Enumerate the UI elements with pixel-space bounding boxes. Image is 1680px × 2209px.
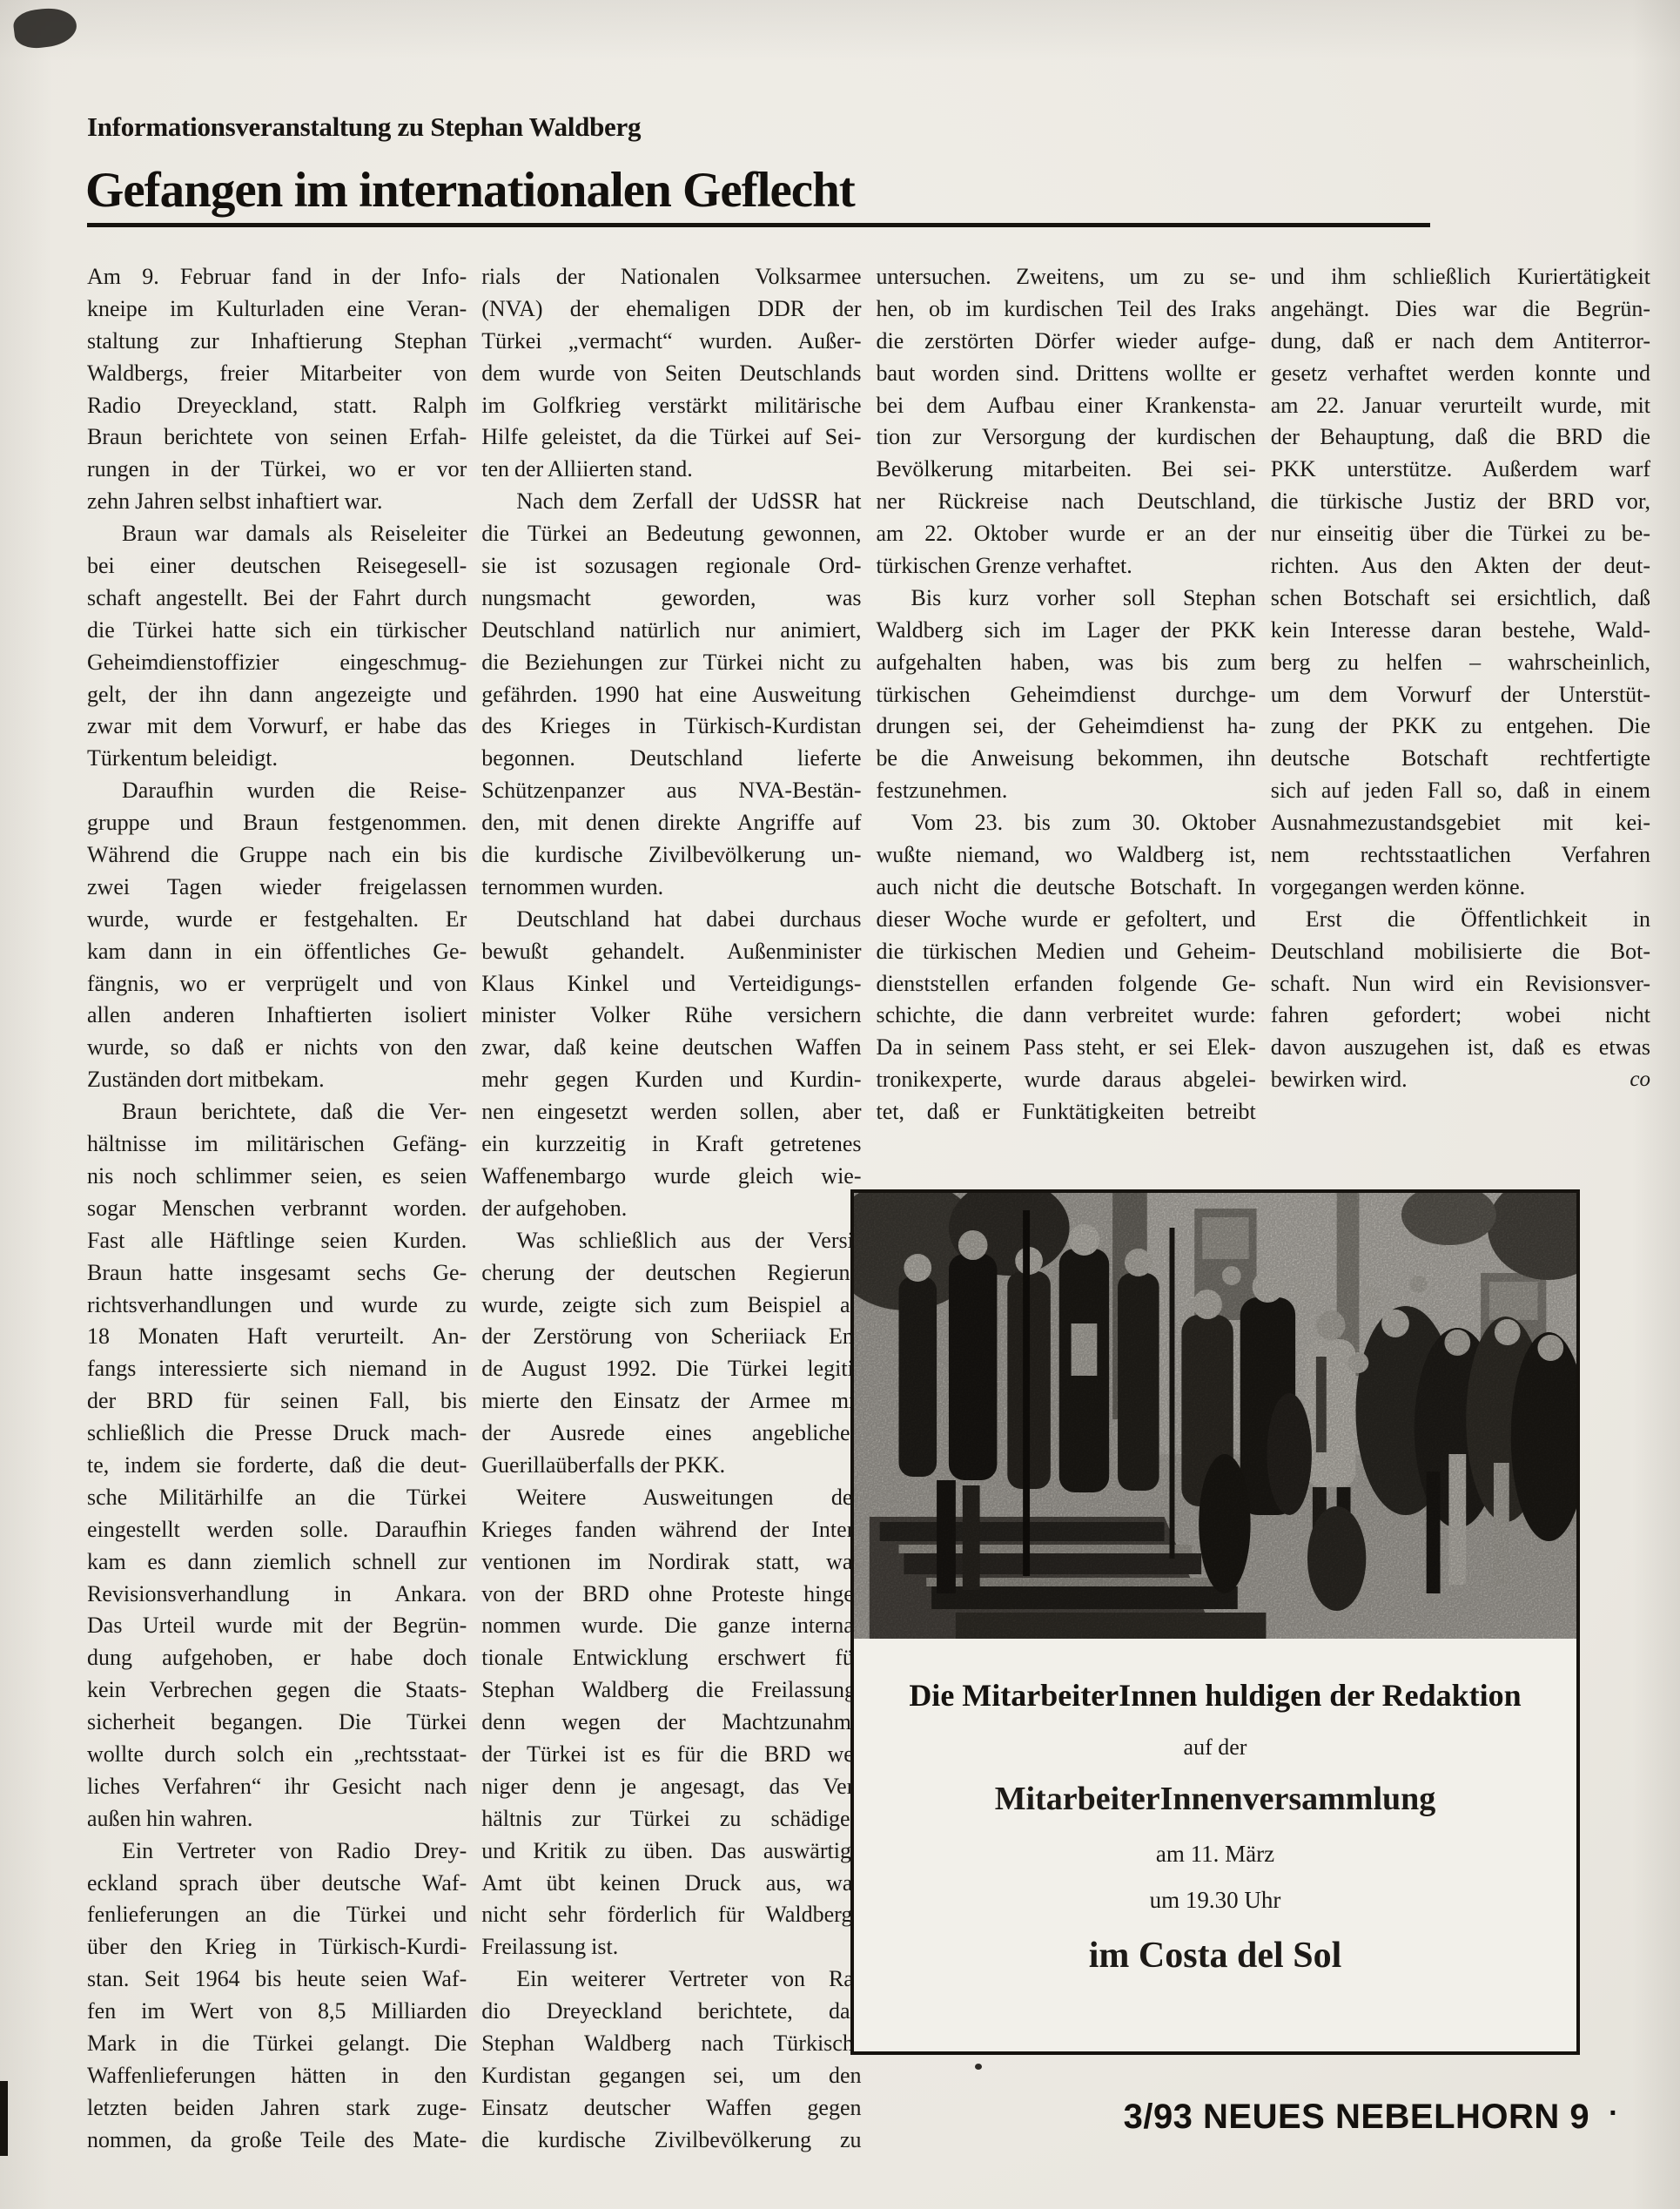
body-line: hältnis zur Türkei zu schädigen: [481, 1803, 861, 1835]
announcement-title: Die MitarbeiterInnen huldigen der Redakt…: [854, 1677, 1576, 1714]
body-line: ein kurzzeitig in Kraft getretenes: [481, 1128, 861, 1161]
body-line: fängnis, wo er verprügelt und von: [87, 968, 467, 1000]
body-line: davon auszugehen ist, daß es etwas: [1271, 1032, 1650, 1064]
body-line: türkischen Geheimdienst durchge-: [877, 679, 1256, 711]
body-line: ventionen im Nordirak statt, was: [481, 1546, 861, 1579]
body-line: kam es dann ziemlich schnell zur: [87, 1546, 467, 1579]
body-line: schaft angestellt. Bei der Fahrt durch: [87, 583, 467, 615]
body-line: nur einseitig über die Türkei zu be-: [1271, 518, 1650, 550]
body-line: schließlich die Presse Druck mach-: [87, 1418, 467, 1450]
body-line: zwar, daß keine deutschen Waffen: [481, 1032, 861, 1064]
body-line: Am 9. Februar fand in der Info-: [87, 261, 467, 293]
body-line: am 22. Oktober wurde er an der: [877, 518, 1256, 550]
body-line: hältnisse im militärischen Gefäng-: [87, 1128, 467, 1161]
body-line: eckland sprach über deutsche Waf-: [87, 1868, 467, 1900]
body-line: Stephan Waldberg die Freilassung,: [481, 1674, 861, 1707]
body-line: Waldbergs, freier Mitarbeiter von: [87, 358, 467, 390]
page-footer: 3/93 NEUES NEBELHORN 9·: [1124, 2097, 1619, 2137]
footer-dot: ·: [1609, 2097, 1619, 2131]
body-line: außen hin wahren.: [87, 1803, 467, 1835]
body-line: (NVA) der ehemaligen DDR der: [481, 293, 861, 326]
issue-and-page-label: 3/93 NEUES NEBELHORN 9: [1124, 2098, 1590, 2136]
body-line: der Türkei ist es für die BRD we-: [481, 1739, 861, 1771]
body-line: der Ausrede eines angeblichen: [481, 1418, 861, 1450]
body-line: fangs interessierte sich niemand in: [87, 1353, 467, 1385]
body-line: der Behauptung, daß die BRD die: [1271, 421, 1650, 454]
body-line: aufgehalten haben, was bis zum: [877, 647, 1256, 679]
body-line: denn wegen der Machtzunahme: [481, 1707, 861, 1739]
body-line: vorgegangen werden könne.: [1271, 872, 1650, 904]
body-line: letzten beiden Jahren stark zuge-: [87, 2092, 467, 2125]
body-line: wußte niemand, wo Waldberg ist,: [877, 839, 1256, 872]
body-line: bewußt gehandelt. Außenminister: [481, 936, 861, 968]
historical-painting-photo: [854, 1193, 1576, 1639]
body-line: Waldberg sich im Lager der PKK: [877, 615, 1256, 647]
body-line: Zuständen dort mitbekam.: [87, 1064, 467, 1096]
body-line: Da in seinem Pass steht, er sei Elek-: [877, 1032, 1256, 1064]
body-line: dem wurde von Seiten Deutschlands: [481, 358, 861, 390]
body-line: fenlieferungen an die Türkei und: [87, 1899, 467, 1931]
body-line: gesetz verhaftet werden konnte und: [1271, 358, 1650, 390]
body-line: der BRD für seinen Fall, bis: [87, 1385, 467, 1418]
body-line: fen im Wert von 8,5 Milliarden: [87, 1996, 467, 2028]
body-line: Waffenlieferungen hätten in den: [87, 2060, 467, 2092]
body-line: richten. Aus den Akten der deut-: [1271, 550, 1650, 583]
body-line: nommen wurde. Die ganze interna-: [481, 1610, 861, 1642]
body-line: Nach dem Zerfall der UdSSR hat: [481, 486, 861, 518]
body-line: Was schließlich aus der Versi-: [481, 1225, 861, 1257]
body-line: die kurdische Zivilbevölkerung un-: [481, 839, 861, 872]
body-line: wollte durch solch ein „rechtsstaat-: [87, 1739, 467, 1771]
body-line: zehn Jahren selbst inhaftiert war.: [87, 486, 467, 518]
body-line: Hilfe geleistet, da die Türkei auf Sei-: [481, 421, 861, 454]
body-line: nungsmacht geworden, was: [481, 583, 861, 615]
body-line: Waffenembargo wurde gleich wie-: [481, 1161, 861, 1193]
body-line: kam dann in ein öffentliches Ge-: [87, 936, 467, 968]
body-line: Ausnahmezustandsgebiet mit kei-: [1271, 807, 1650, 839]
body-line: kein Interesse daran bestehe, Wald-: [1271, 615, 1650, 647]
newspaper-page: { "page": {"paper_color": "#ece9e2", "in…: [0, 0, 1680, 2209]
body-line: schichte, die dann verbreitet wurde:: [877, 1000, 1256, 1032]
body-line: Türkei „vermacht“ wurden. Außer-: [481, 326, 861, 358]
body-line: nem rechtsstaatlichen Verfahren: [1271, 839, 1650, 872]
body-line: 18 Monaten Haft verurteilt. An-: [87, 1321, 467, 1353]
body-line: angehängt. Dies war die Begrün-: [1271, 293, 1650, 326]
body-line: die Beziehungen zur Türkei nicht zu: [481, 647, 861, 679]
body-line: am 22. Januar verurteilt wurde, mit: [1271, 390, 1650, 422]
body-line: Radio Dreyeckland, statt. Ralph: [87, 390, 467, 422]
body-line: des Krieges in Türkisch-Kurdistan: [481, 711, 861, 743]
headline: Gefangen im internationalen Geflecht: [85, 162, 855, 219]
body-line: untersuchen. Zweitens, um zu se-: [877, 261, 1256, 293]
scan-edge-artifact: [0, 2081, 8, 2156]
body-line: nen eingesetzt werden sollen, aber: [481, 1096, 861, 1128]
body-line: drungen sei, der Geheimdienst ha-: [877, 711, 1256, 743]
body-line: sogar Menschen verbrannt worden.: [87, 1193, 467, 1225]
body-line: der Zerstörung von Scheriiack En-: [481, 1321, 861, 1353]
body-line: Ein Vertreter von Radio Drey-: [87, 1835, 467, 1868]
body-line: Daraufhin wurden die Reise-: [87, 775, 467, 807]
scan-smudge-artifact: [12, 5, 79, 51]
body-line: dung, daß er nach dem Antiterror-: [1271, 326, 1650, 358]
body-line: kneipe im Kulturladen eine Veran-: [87, 293, 467, 326]
body-line: tronikexperte, wurde daraus abgelei-: [877, 1064, 1256, 1096]
body-line: sie ist sozusagen regionale Ord-: [481, 550, 861, 583]
body-line: tion zur Versorgung der kurdischen: [877, 421, 1256, 454]
body-line: den, mit denen direkte Angriffe auf: [481, 807, 861, 839]
body-line: schen Botschaft sei ersichtlich, daß: [1271, 583, 1650, 615]
body-line: die türkischen Medien und Geheim-: [877, 936, 1256, 968]
body-line: staltung zur Inhaftierung Stephan: [87, 326, 467, 358]
body-line: ternommen wurden.: [481, 872, 861, 904]
body-line: tionale Entwicklung erschwert für: [481, 1642, 861, 1674]
body-line: sicherheit begangen. Die Türkei: [87, 1707, 467, 1739]
body-line: deutsche Botschaft rechtfertigte: [1271, 743, 1650, 775]
body-line: ner Rückreise nach Deutschland,: [877, 486, 1256, 518]
body-line: mierte den Einsatz der Armee mit: [481, 1385, 861, 1418]
body-line: nicht sehr förderlich für Waldbergs: [481, 1899, 861, 1931]
body-line: Guerillaüberfalls der PKK.: [481, 1450, 861, 1482]
body-line: fahren gefordert; wobei nicht: [1271, 1000, 1650, 1032]
body-line: um dem Vorwurf der Unterstüt-: [1271, 679, 1650, 711]
body-line: bei einer deutschen Reisegesell-: [87, 550, 467, 583]
body-line: liches Verfahren“ ihr Gesicht nach: [87, 1771, 467, 1803]
body-line: te, indem sie forderte, daß die deut-: [87, 1450, 467, 1482]
body-line: türkischen Grenze verhaftet.: [877, 550, 1256, 583]
body-line: die Türkei hatte sich ein türkischer: [87, 615, 467, 647]
body-line: allen anderen Inhaftierten isoliert: [87, 1000, 467, 1032]
body-line: die zerstörten Dörfer wieder aufge-: [877, 326, 1256, 358]
announcement-time: um 19.30 Uhr: [854, 1887, 1576, 1914]
body-line: hen, ob im kurdischen Teil des Iraks: [877, 293, 1256, 326]
body-line: Geheimdienstoffizier eingeschmug-: [87, 647, 467, 679]
body-line: PKK unterstütze. Außerdem warf: [1271, 454, 1650, 486]
body-line: Vom 23. bis zum 30. Oktober: [877, 807, 1256, 839]
body-line: bei dem Aufbau einer Krankensta-: [877, 390, 1256, 422]
body-line: de August 1992. Die Türkei legiti-: [481, 1353, 861, 1385]
body-line: Türkentum beleidigt.: [87, 743, 467, 775]
body-line: Fast alle Häftlinge seien Kurden.: [87, 1225, 467, 1257]
body-line: dieser Woche wurde er gefoltert, und: [877, 904, 1256, 936]
body-line: Braun hatte insgesamt sechs Ge-: [87, 1257, 467, 1290]
body-line: und ihm schließlich Kuriertätigkeit: [1271, 261, 1650, 293]
body-line: Braun war damals als Reiseleiter: [87, 518, 467, 550]
body-line: tet, daß er Funktätigkeiten betreibt: [877, 1096, 1256, 1128]
feature-box: Die MitarbeiterInnen huldigen der Redakt…: [850, 1189, 1580, 2055]
body-line: be die Anweisung bekommen, ihn: [877, 743, 1256, 775]
kicker: Informationsveranstaltung zu Stephan Wal…: [87, 111, 641, 143]
body-line: dung aufgehoben, er habe doch: [87, 1642, 467, 1674]
body-line: sche Militärhilfe an die Türkei: [87, 1482, 467, 1514]
body-line: Während die Gruppe nach ein bis: [87, 839, 467, 872]
body-line: wurde, so daß er nichts von den: [87, 1032, 467, 1064]
text-column-2: rials der Nationalen Volksarmee(NVA) der…: [481, 261, 861, 2157]
body-line: zwar mit dem Vorwurf, er habe das: [87, 711, 467, 743]
body-line: Freilassung ist.: [481, 1931, 861, 1963]
body-line: die kurdische Zivilbevölkerung zu: [481, 2125, 861, 2157]
body-line: die Türkei an Bedeutung gewonnen,: [481, 518, 861, 550]
body-line: niger denn je angesagt, das Ver-: [481, 1771, 861, 1803]
body-line: Erst die Öffentlichkeit in: [1271, 904, 1650, 936]
announcement-date: am 11. März: [854, 1841, 1576, 1868]
body-line: gelt, der ihn dann angezeigte und: [87, 679, 467, 711]
body-line: kein Verbrechen gegen die Staats-: [87, 1674, 467, 1707]
body-line: und Kritik zu üben. Das auswärtige: [481, 1835, 861, 1868]
body-line: gefährden. 1990 hat eine Ausweitung: [481, 679, 861, 711]
body-line: minister Volker Rühe versichern: [481, 1000, 861, 1032]
body-line: dienststellen erfanden folgende Ge-: [877, 968, 1256, 1000]
announcement-subtitle: auf der: [854, 1734, 1576, 1761]
body-line: eingestellt werden solle. Daraufhin: [87, 1514, 467, 1546]
body-line: Bevölkerung mitarbeiten. Bei sei-: [877, 454, 1256, 486]
announcement: Die MitarbeiterInnen huldigen der Redakt…: [854, 1639, 1576, 1977]
body-line: Einsatz deutscher Waffen gegen: [481, 2092, 861, 2125]
body-line: Krieges fanden während der Inter-: [481, 1514, 861, 1546]
body-line: Mark in die Türkei gelangt. Die: [87, 2028, 467, 2060]
body-line: cherung der deutschen Regierung: [481, 1257, 861, 1290]
body-line: Deutschland natürlich nur animiert,: [481, 615, 861, 647]
body-line: Revisionsverhandlung in Ankara.: [87, 1579, 467, 1611]
body-line: Stephan Waldberg nach Türkisch-: [481, 2028, 861, 2060]
body-line: Kurdistan gegangen sei, um den: [481, 2060, 861, 2092]
body-line: Braun berichtete, daß die Ver-: [87, 1096, 467, 1128]
body-line: zwei Tagen wieder freigelassen: [87, 872, 467, 904]
body-line: berg zu helfen – wahrscheinlich,: [1271, 647, 1650, 679]
body-line: festzunehmen.: [877, 775, 1256, 807]
body-line: nommen, da große Teile des Mate-: [87, 2125, 467, 2157]
text-column-1: Am 9. Februar fand in der Info-kneipe im…: [87, 261, 467, 2157]
body-line: wurde, zeigte sich zum Beispiel an: [481, 1290, 861, 1322]
body-line: über den Krieg in Türkisch-Kurdi-: [87, 1931, 467, 1963]
body-line: Klaus Kinkel und Verteidigungs-: [481, 968, 861, 1000]
body-line: Braun berichtete von seinen Erfah-: [87, 421, 467, 454]
body-line: von der BRD ohne Proteste hinge-: [481, 1579, 861, 1611]
announcement-event: MitarbeiterInnenversammlung: [854, 1780, 1576, 1818]
body-line: Amt übt keinen Druck aus, was: [481, 1868, 861, 1900]
headline-rule: [87, 223, 1430, 227]
body-line: gruppe und Braun festgenommen.: [87, 807, 467, 839]
body-line: Deutschland hat dabei durchaus: [481, 904, 861, 936]
announcement-place: im Costa del Sol: [854, 1935, 1576, 1977]
body-line: Weitere Ausweitungen des: [481, 1482, 861, 1514]
body-line: baut worden sind. Drittens wollte er: [877, 358, 1256, 390]
body-line: sich auf jeden Fall so, daß in einem: [1271, 775, 1650, 807]
body-line: Bis kurz vorher soll Stephan: [877, 583, 1256, 615]
body-line: im Golfkrieg verstärkt militärische: [481, 390, 861, 422]
body-line: begonnen. Deutschland lieferte: [481, 743, 861, 775]
body-line: schaft. Nun wird ein Revisionsver-: [1271, 968, 1650, 1000]
body-line: zung der PKK zu entgehen. Die: [1271, 711, 1650, 743]
body-line: mehr gegen Kurden und Kurdin-: [481, 1064, 861, 1096]
body-line: auch nicht die deutsche Botschaft. In: [877, 872, 1256, 904]
body-line: der aufgehoben.: [481, 1193, 861, 1225]
body-line: Ein weiterer Vertreter von Ra-: [481, 1963, 861, 1996]
body-line: Das Urteil wurde mit der Begrün-: [87, 1610, 467, 1642]
body-line: ten der Alliierten stand.: [481, 454, 861, 486]
body-line: nis noch schlimmer seien, es seien: [87, 1161, 467, 1193]
body-line: Schützenpanzer aus NVA-Bestän-: [481, 775, 861, 807]
body-line: Deutschland mobilisierte die Bot-: [1271, 936, 1650, 968]
body-line: wurde, wurde er festgehalten. Er: [87, 904, 467, 936]
body-line: die türkische Justiz der BRD vor,: [1271, 486, 1650, 518]
body-line: bewirken wird.co: [1271, 1064, 1650, 1096]
author-initials: co: [1630, 1064, 1650, 1096]
body-line: rungen in der Türkei, wo er vor: [87, 454, 467, 486]
body-line: stan. Seit 1964 bis heute seien Waf-: [87, 1963, 467, 1996]
body-line: rials der Nationalen Volksarmee: [481, 261, 861, 293]
body-line: richtsverhandlungen und wurde zu: [87, 1290, 467, 1322]
body-line: dio Dreyeckland berichtete, daß: [481, 1996, 861, 2028]
